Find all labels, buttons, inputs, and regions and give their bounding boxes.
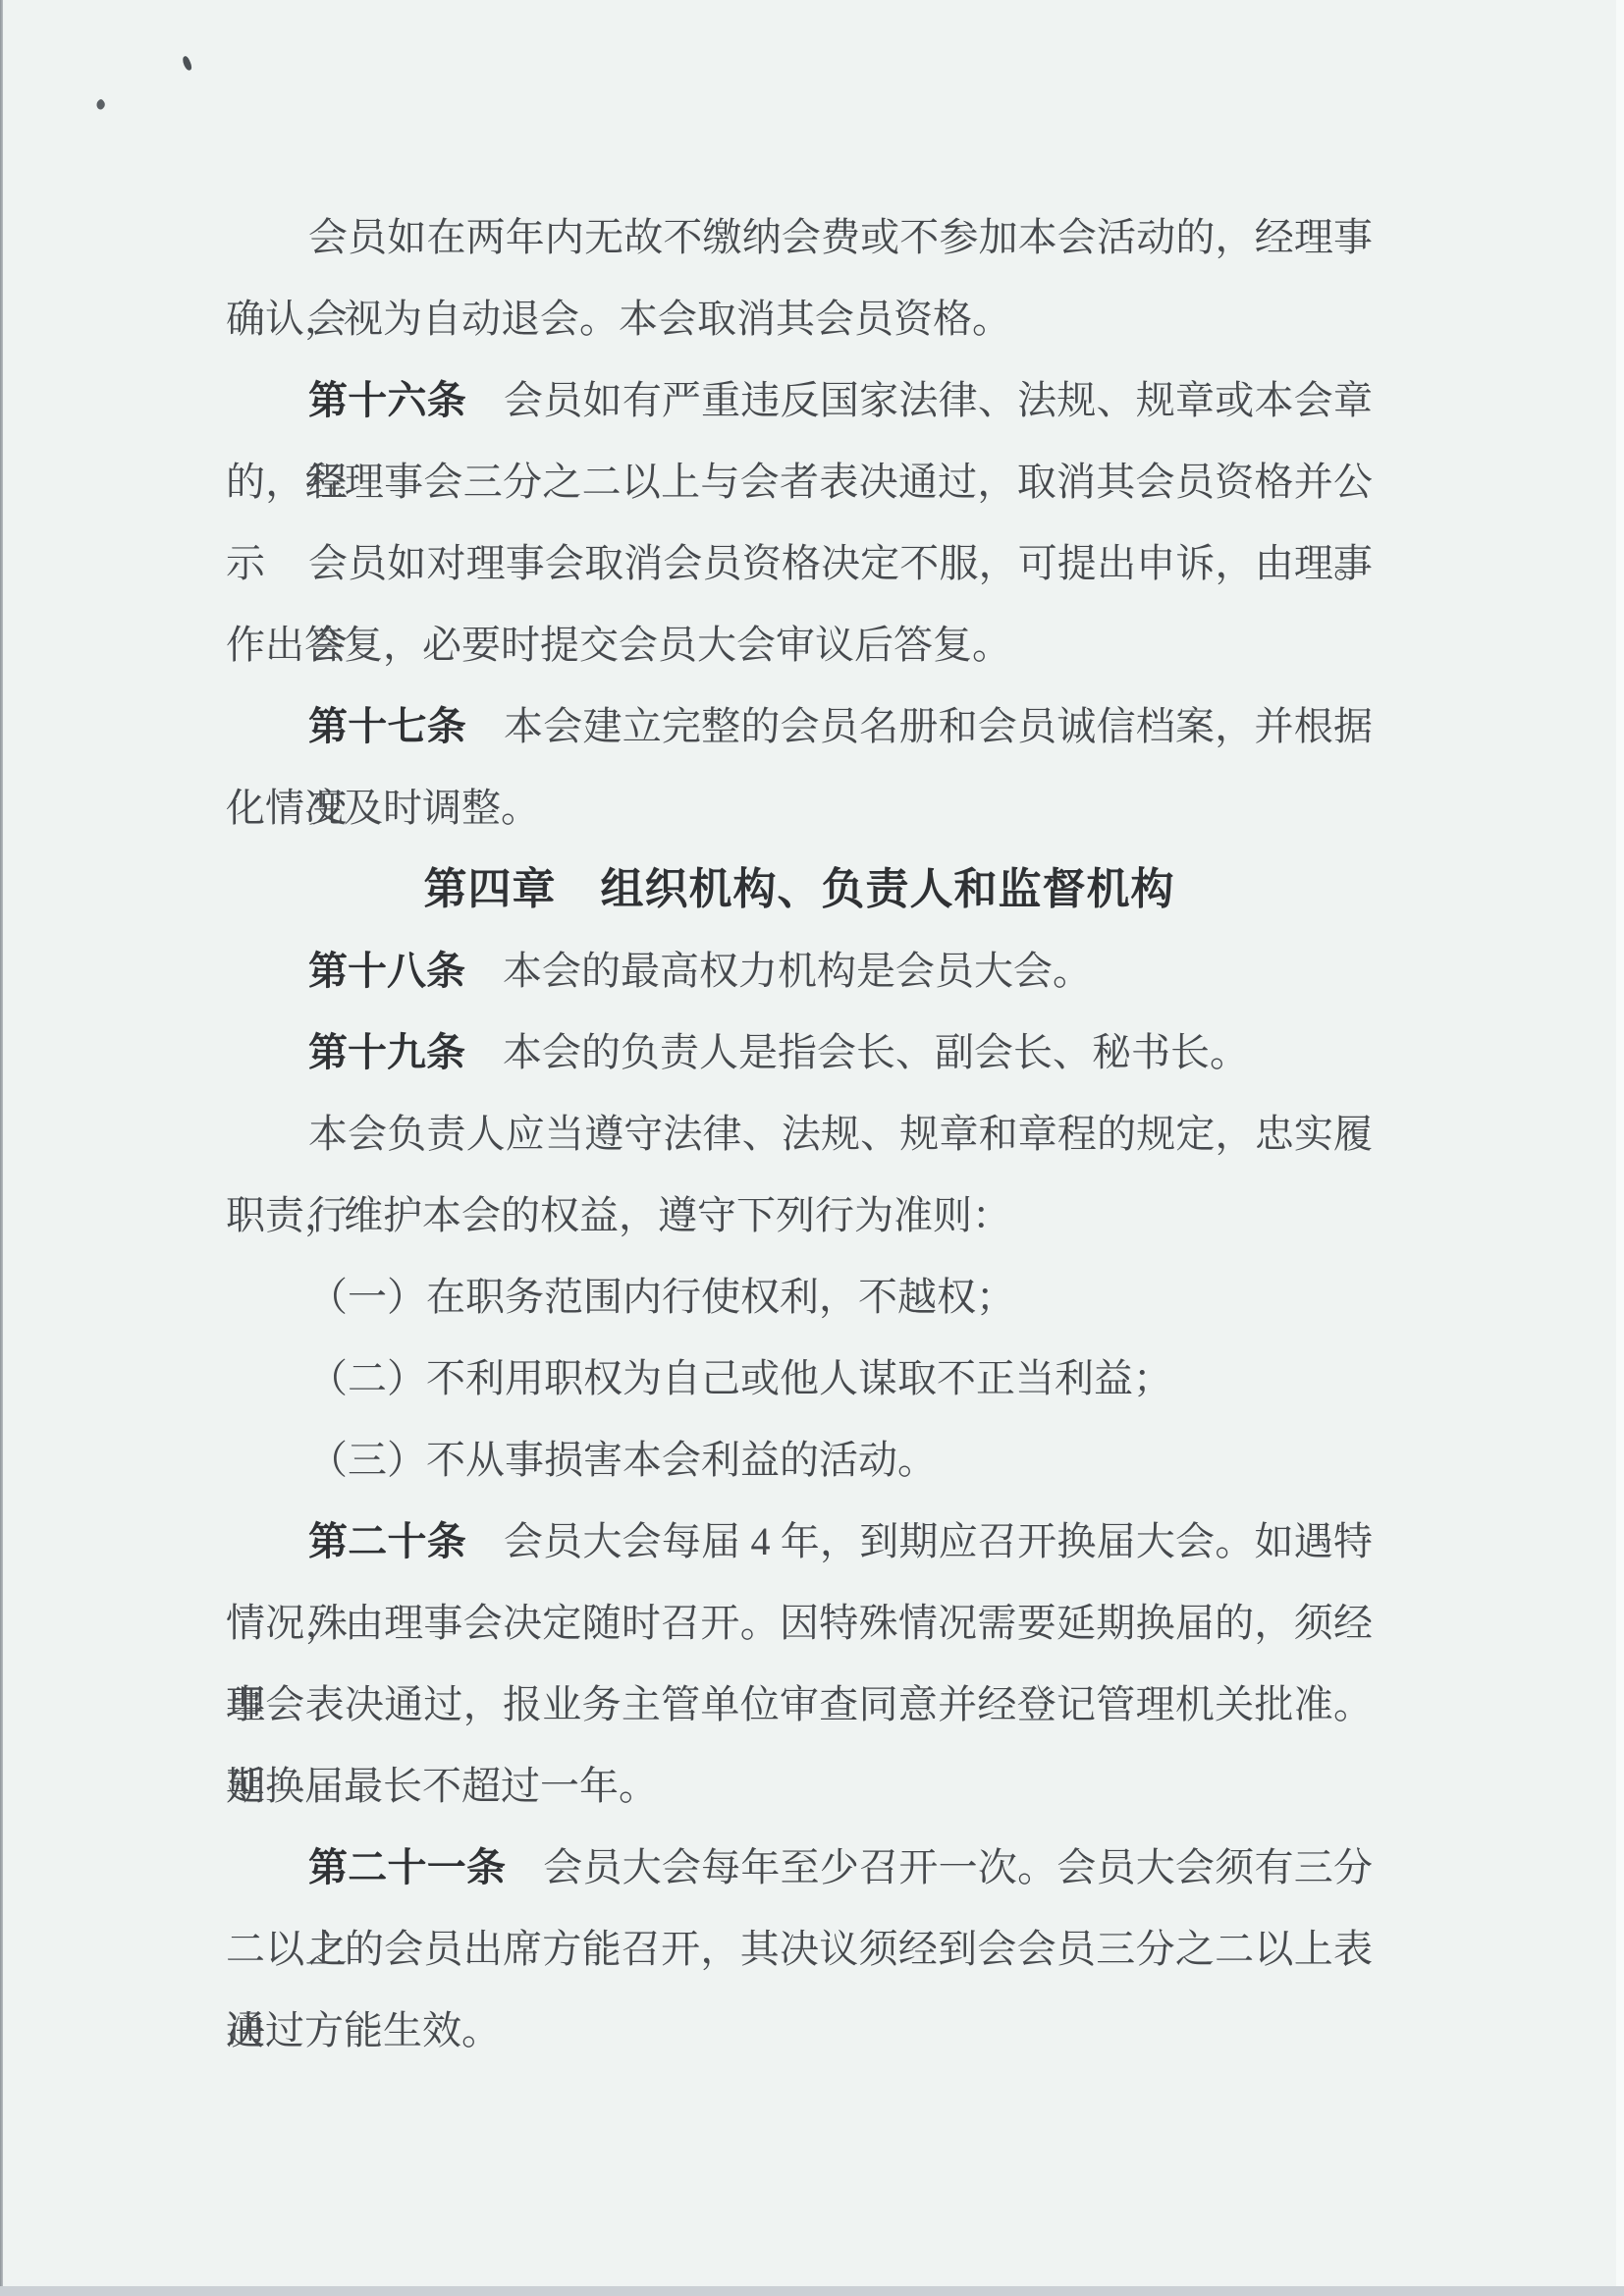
text-line: 第十七条本会建立完整的会员名册和会员诚信档案，并根据变 [226,685,1373,767]
text-line: 二以上的会员出席方能召开，其决议须经到会会员三分之二以上表决 [226,1908,1373,1990]
chapter-heading: 第四章 组织机构、负责人和监督机构 [226,848,1373,930]
text-line: 确认，视为自动退会。本会取消其会员资格。 [226,278,1373,359]
article-number: 第二十一条 [308,1845,506,1889]
line-text: 本会的最高权力机构是会员大会。 [503,949,1092,993]
scan-edge-bottom [0,2286,1624,2296]
text-line: 第十九条本会的负责人是指会长、副会长、秘书长。 [226,1011,1373,1093]
line-text: 化情况及时调整。 [226,786,540,830]
text-line: （一）在职务范围内行使权利，不越权； [226,1256,1373,1338]
text-line: 事会表决通过，报业务主管单位审查同意并经登记管理机关批准。延 [226,1664,1373,1745]
text-line: 第十八条本会的最高权力机构是会员大会。 [226,930,1373,1011]
text-line: （二）不利用职权为自己或他人谋取不正当利益； [226,1338,1373,1419]
line-text: 职责，维护本会的权益，遵守下列行为准则： [226,1193,1011,1237]
line-text: （三）不从事损害本会利益的活动。 [308,1438,937,1482]
text-line: 的，经理事会三分之二以上与会者表决通过，取消其会员资格并公示。 [226,441,1373,522]
text-line: 会员如对理事会取消会员资格决定不服，可提出申诉，由理事会 [226,522,1373,604]
article-number: 第十六条 [308,378,466,422]
article-number: 第十七条 [308,704,466,748]
article-number: 第二十条 [308,1519,466,1563]
text-line: 职责，维护本会的权益，遵守下列行为准则： [226,1175,1373,1256]
text-line: 第二十一条会员大会每年至少召开一次。会员大会须有三分之 [226,1827,1373,1908]
text-line: 第十六条会员如有严重违反国家法律、法规、规章或本会章程 [226,359,1373,441]
scan-edge-right [1616,0,1624,2296]
text-line: 作出答复，必要时提交会员大会审议后答复。 [226,604,1373,685]
line-text: （一）在职务范围内行使权利，不越权； [308,1275,1015,1319]
ink-speck [94,98,107,111]
line-text: 本会的负责人是指会长、副会长、秘书长。 [503,1030,1249,1074]
text-line: 化情况及时调整。 [226,767,1373,848]
scanned-document-page: 会员如在两年内无故不缴纳会费或不参加本会活动的，经理事会 确认，视为自动退会。本… [0,0,1624,2296]
text-line: 情况，由理事会决定随时召开。因特殊情况需要延期换届的，须经理 [226,1582,1373,1664]
line-text: 期换届最长不超过一年。 [226,1764,658,1808]
line-text: 作出答复，必要时提交会员大会审议后答复。 [226,623,1011,667]
text-line: 本会负责人应当遵守法律、法规、规章和章程的规定，忠实履行 [226,1093,1373,1175]
scan-edge-left [0,0,3,2296]
text-line: 通过方能生效。 [226,1990,1373,2071]
line-text: 通过方能生效。 [226,2008,501,2052]
text-line: 期换届最长不超过一年。 [226,1745,1373,1827]
article-number: 第十九条 [308,1030,465,1074]
line-text: （二）不利用职权为自己或他人谋取不正当利益； [308,1356,1172,1400]
line-text: 确认，视为自动退会。本会取消其会员资格。 [226,297,1011,341]
document-text-column: 会员如在两年内无故不缴纳会费或不参加本会活动的，经理事会 确认，视为自动退会。本… [226,196,1373,2071]
text-line: （三）不从事损害本会利益的活动。 [226,1419,1373,1501]
text-line: 第二十条会员大会每届 4 年，到期应召开换届大会。如遇特殊 [226,1501,1373,1582]
article-number: 第十八条 [308,949,465,993]
text-line: 会员如在两年内无故不缴纳会费或不参加本会活动的，经理事会 [226,196,1373,278]
ink-speck [181,55,192,72]
